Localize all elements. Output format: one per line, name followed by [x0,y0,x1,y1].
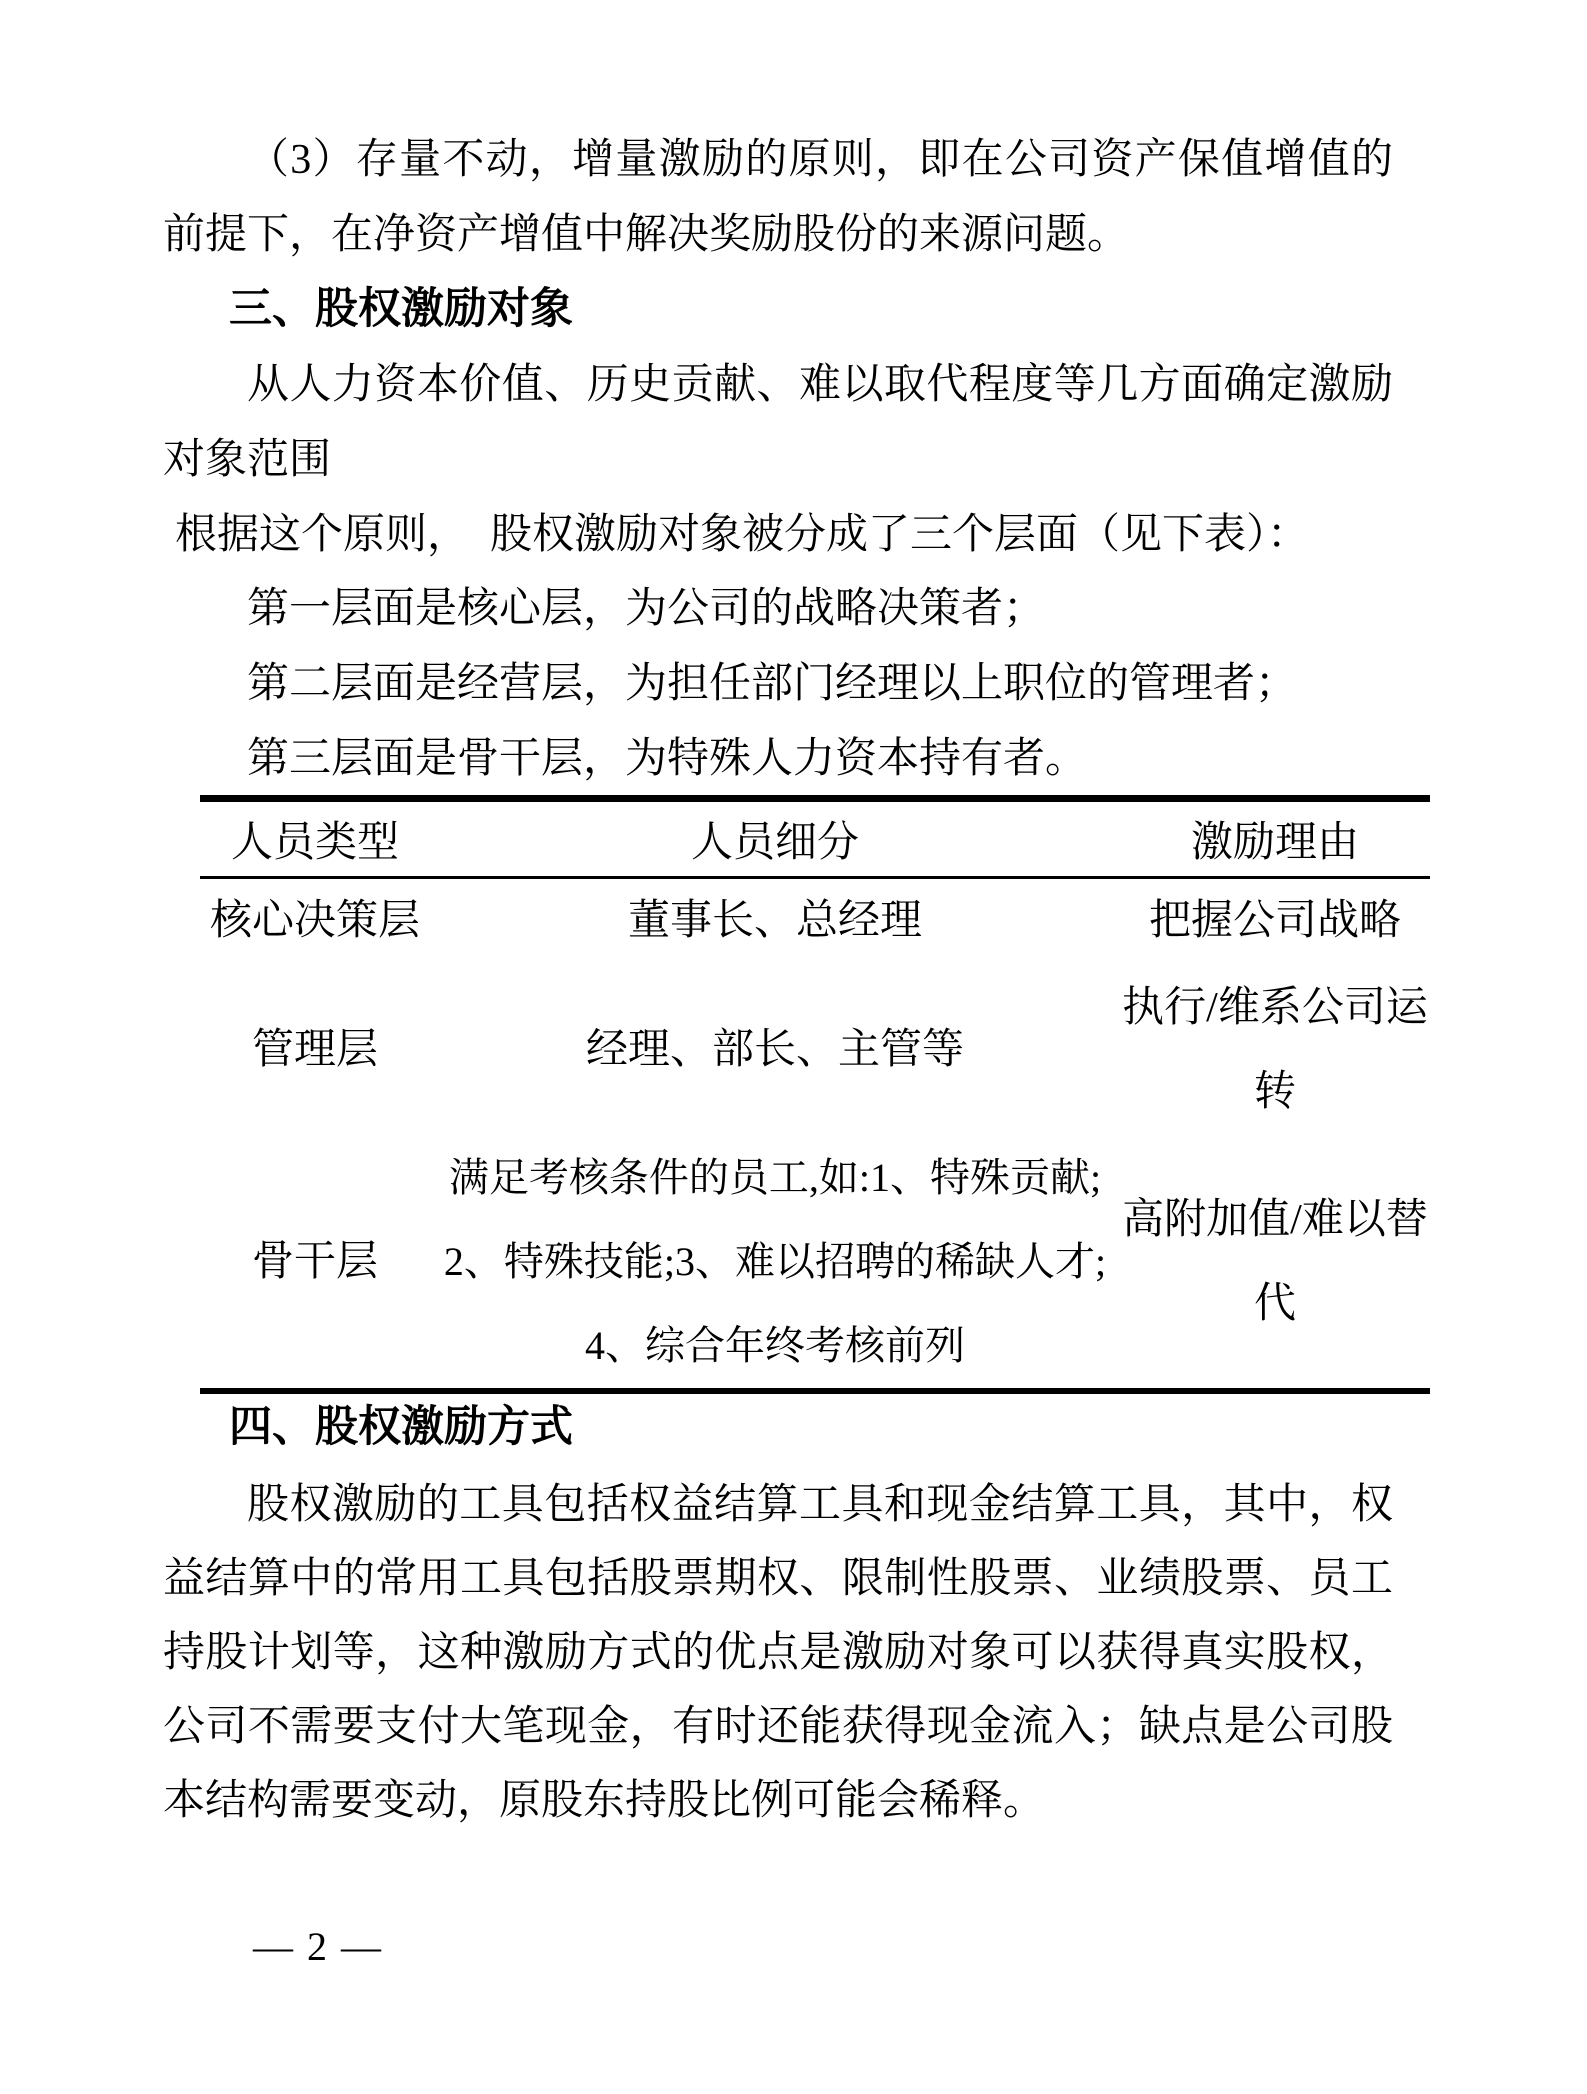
backbone-condition-line-2: 2、特殊技能;3、难以招聘的稀缺人才; [430,1220,1120,1304]
backbone-condition-line-1: 满足考核条件的员工,如:1、特殊贡献; [430,1136,1120,1220]
paragraph-tier-1: 第一层面是核心层，为公司的战略决策者； [163,572,1393,647]
cell-type-backbone: 骨干层 [200,1136,430,1391]
document-page: （3）存量不动，增量激励的原则，即在公司资产保值增值的前提下，在净资产增值中解决… [0,0,1587,2094]
paragraph-incentive-methods: 股权激励的工具包括权益结算工具和现金结算工具，其中，权益结算中的常用工具包括股票… [163,1468,1393,1838]
cell-type-management: 管理层 [200,964,430,1136]
table-row-core-decision: 核心决策层 董事长、总经理 把握公司战略 [200,878,1430,964]
backbone-condition-line-3: 4、综合年终考核前列 [430,1304,1120,1388]
cell-reason-management: 执行/维系公司运转 [1120,964,1430,1136]
paragraph-three-tiers-intro: 根据这个原则， 股权激励对象被分成了三个层面（见下表）： [163,498,1393,573]
cell-subdivision-backbone: 满足考核条件的员工,如:1、特殊贡献; 2、特殊技能;3、难以招聘的稀缺人才; … [430,1136,1120,1391]
heading-section-3-incentive-targets: 三、股权激励对象 [163,272,1459,347]
cell-type-core: 核心决策层 [200,878,430,964]
cell-subdivision-management: 经理、部长、主管等 [430,964,1120,1136]
cell-reason-core: 把握公司战略 [1120,878,1430,964]
cell-reason-backbone: 高附加值/难以替代 [1120,1136,1430,1391]
paragraph-tier-3: 第三层面是骨干层，为特殊人力资本持有者。 [163,722,1393,797]
col-header-personnel-subdivision: 人员细分 [430,799,1120,878]
table-row-management: 管理层 经理、部长、主管等 执行/维系公司运转 [200,964,1430,1136]
paragraph-tier-2: 第二层面是经营层，为担任部门经理以上职位的管理者； [163,647,1393,722]
table-header-row: 人员类型 人员细分 激励理由 [200,799,1430,878]
table-row-backbone: 骨干层 满足考核条件的员工,如:1、特殊贡献; 2、特殊技能;3、难以招聘的稀缺… [200,1136,1430,1391]
heading-section-4-incentive-methods: 四、股权激励方式 [163,1390,1459,1465]
incentive-targets-table: 人员类型 人员细分 激励理由 核心决策层 董事长、总经理 把握公司战略 管理层 … [200,795,1430,1394]
col-header-personnel-type: 人员类型 [200,799,430,878]
cell-subdivision-core: 董事长、总经理 [430,878,1120,964]
col-header-incentive-reason: 激励理由 [1120,799,1430,878]
paragraph-principle-3: （3）存量不动，增量激励的原则，即在公司资产保值增值的前提下，在净资产增值中解决… [163,123,1393,273]
page-number: — 2 — [253,1922,383,1972]
paragraph-target-scope: 从人力资本价值、历史贡献、难以取代程度等几方面确定激励对象范围 [163,348,1393,498]
